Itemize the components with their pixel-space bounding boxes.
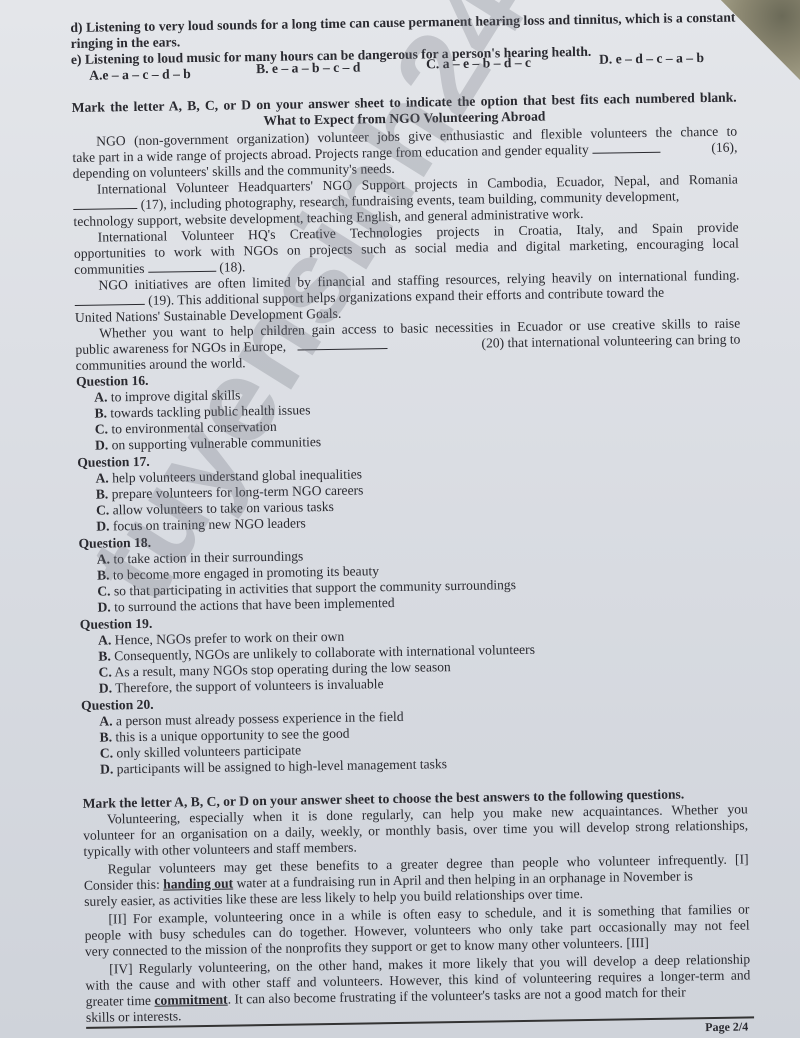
option-a[interactable]: A.e – a – c – d – b — [89, 66, 191, 84]
question-label: Question 19. — [80, 616, 153, 633]
option-letter: C. — [95, 421, 108, 436]
option-letter: C. — [97, 583, 110, 598]
question-label: Question 16. — [76, 373, 149, 390]
option-letter: A. — [98, 632, 111, 647]
answer-option[interactable]: B. towards tackling public health issues — [94, 402, 310, 421]
answer-option[interactable]: B. this is a unique opportunity to see t… — [99, 726, 349, 746]
answer-option[interactable]: D. Therefore, the support of volunteers … — [99, 676, 384, 696]
blank-17 — [73, 198, 137, 210]
option-text: only skilled volunteers participate — [116, 742, 301, 760]
blank-18 — [148, 261, 216, 273]
answer-option[interactable]: D. to surround the actions that have bee… — [97, 595, 394, 616]
option-letter: B. — [99, 729, 112, 744]
option-letter: D. — [100, 761, 113, 776]
underlined-phrase-handing-out: handing out — [163, 876, 233, 892]
blank-19 — [75, 294, 145, 306]
option-letter: D. — [97, 599, 110, 614]
option-text: a person must already possess experience… — [116, 709, 404, 729]
option-letter: B. — [98, 648, 111, 663]
option-text: to take action in their surroundings — [113, 548, 303, 566]
question-label: Question 18. — [78, 535, 151, 552]
question-label: Question 20. — [81, 697, 154, 714]
option-c[interactable]: C. a – e – b – d – c — [426, 55, 531, 73]
answer-option[interactable]: D. on supporting vulnerable communities — [95, 434, 321, 454]
sentence-d-cont: ringing in the ears. — [71, 34, 181, 52]
blank-16 — [592, 142, 660, 154]
option-text: focus on training new NGO leaders — [113, 515, 306, 533]
option-letter: A. — [99, 713, 112, 728]
footer-rule — [86, 1016, 754, 1028]
option-letter: C. — [100, 745, 113, 760]
passage-line: typically with other volunteers and staf… — [83, 840, 357, 860]
option-letter: C. — [98, 664, 111, 679]
option-b[interactable]: B. e – a – b – c – d — [256, 59, 360, 77]
option-text: to surround the actions that have been i… — [114, 595, 395, 614]
option-letter: A. — [95, 470, 108, 485]
option-letter: C. — [96, 502, 109, 517]
option-text: Therefore, the support of volunteers is … — [115, 676, 384, 695]
option-letter: B. — [96, 486, 109, 501]
blank-20 — [297, 338, 387, 350]
passage-line: communities around the world. — [76, 355, 246, 374]
option-text: towards tackling public health issues — [110, 402, 310, 420]
sentence-d: d) Listening to very loud sounds for a l… — [70, 10, 735, 36]
option-letter: D. — [95, 437, 108, 452]
option-letter: B. — [97, 567, 110, 582]
option-letter: B. — [94, 405, 107, 420]
passage-line: skills or interests. — [86, 1008, 182, 1025]
option-text: to improve digital skills — [111, 387, 241, 404]
option-letter: A. — [97, 551, 110, 566]
option-letter: D. — [99, 680, 112, 695]
answer-option[interactable]: D. focus on training new NGO leaders — [96, 515, 306, 534]
option-letter: D. — [96, 518, 109, 533]
option-text: on supporting vulnerable communities — [112, 434, 322, 452]
question-label: Question 17. — [77, 454, 150, 471]
option-text: this is a unique opportunity to see the … — [115, 726, 349, 745]
underlined-word-commitment: commitment — [154, 992, 227, 1008]
option-d[interactable]: D. e – d – c – a – b — [599, 50, 704, 68]
page-number: Page 2/4 — [705, 1019, 748, 1035]
option-letter: A. — [94, 389, 107, 404]
option-text: to environmental conservation — [111, 419, 277, 437]
